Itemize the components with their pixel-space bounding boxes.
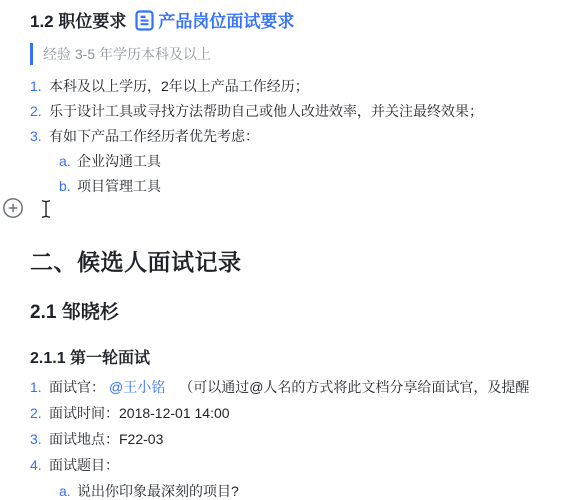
document-page: 1.2 职位要求 产品岗位面试要求 经验 3-5 年学历本科及以上 1. 本科及… [0,0,564,500]
quote-text: 经验 3-5 年学历本科及以上 [43,46,211,62]
requirements-list: 1. 本科及以上学历，2年以上产品工作经历； 2. 乐于设计工具或寻找方法帮助自… [30,74,564,199]
list-item-interviewer: 1. 面试官： @王小铭 （可以通过@人名的方式将此文档分享给面试官，及提醒 [30,374,564,400]
list-marker: 2. [30,400,49,426]
document-icon [135,10,154,31]
list-marker: 3. [30,426,49,452]
list-marker: 4. [30,452,49,478]
list-marker: 2. [30,99,49,124]
list-marker: a. [59,149,77,174]
plus-circle-icon [2,197,24,219]
doc-link[interactable]: 产品岗位面试要求 [135,7,294,32]
interview-info-list: 1. 面试官： @王小铭 （可以通过@人名的方式将此文档分享给面试官，及提醒 2… [30,374,564,500]
candidate-heading: 2.1 邹晓杉 [30,301,564,325]
list-text: 乐于设计工具或寻找方法帮助自己或他人改进效率，并关注最终效果； [49,99,483,124]
list-text: 说出你印象最深刻的项目? [77,478,239,500]
list-text: 本科及以上学历，2年以上产品工作经历； [49,74,309,99]
section-heading: 1.2 职位要求 [30,7,126,32]
doc-link-label: 产品岗位面试要求 [158,7,294,32]
quote-block: 经验 3-5 年学历本科及以上 [30,43,564,65]
list-marker: 1. [30,74,49,99]
sublist-item-question: a. 说出你印象最深刻的项目? [59,478,564,500]
empty-paragraph[interactable] [30,199,564,223]
list-text: 项目管理工具 [77,174,161,199]
list-marker: 3. [30,124,49,149]
list-text: 面试题目： [49,452,119,478]
list-text: 面试时间：2018-12-01 14:00 [49,400,230,426]
sublist-item: a. 企业沟通工具 [59,149,564,174]
list-marker: 1. [30,374,49,400]
sublist-item: b. 项目管理工具 [59,174,564,199]
records-heading: 二、候选人面试记录 [30,247,564,277]
list-item: 2. 乐于设计工具或寻找方法帮助自己或他人改进效率，并关注最终效果； [30,99,564,124]
list-marker: b. [59,174,77,199]
list-text: 企业沟通工具 [77,149,161,174]
list-text: 有如下产品工作经历者优先考虑： [49,124,259,149]
add-block-button[interactable] [2,197,24,219]
list-item-location: 3. 面试地点：F22-03 [30,426,564,452]
text-cursor-icon [40,199,52,219]
user-mention[interactable]: @王小铭 [109,374,165,400]
list-item-time: 2. 面试时间：2018-12-01 14:00 [30,400,564,426]
list-text: 面试官： [49,374,105,400]
list-item: 1. 本科及以上学历，2年以上产品工作经历； [30,74,564,99]
list-marker: a. [59,478,77,500]
list-text: 面试地点：F22-03 [49,426,163,452]
section-heading-row: 1.2 职位要求 产品岗位面试要求 [30,8,564,30]
list-item-questions: 4. 面试题目： [30,452,564,478]
list-text-note: （可以通过@人名的方式将此文档分享给面试官，及提醒 [179,374,529,400]
list-item: 3. 有如下产品工作经历者优先考虑： [30,124,564,149]
round-heading: 2.1.1 第一轮面试 [30,349,564,369]
